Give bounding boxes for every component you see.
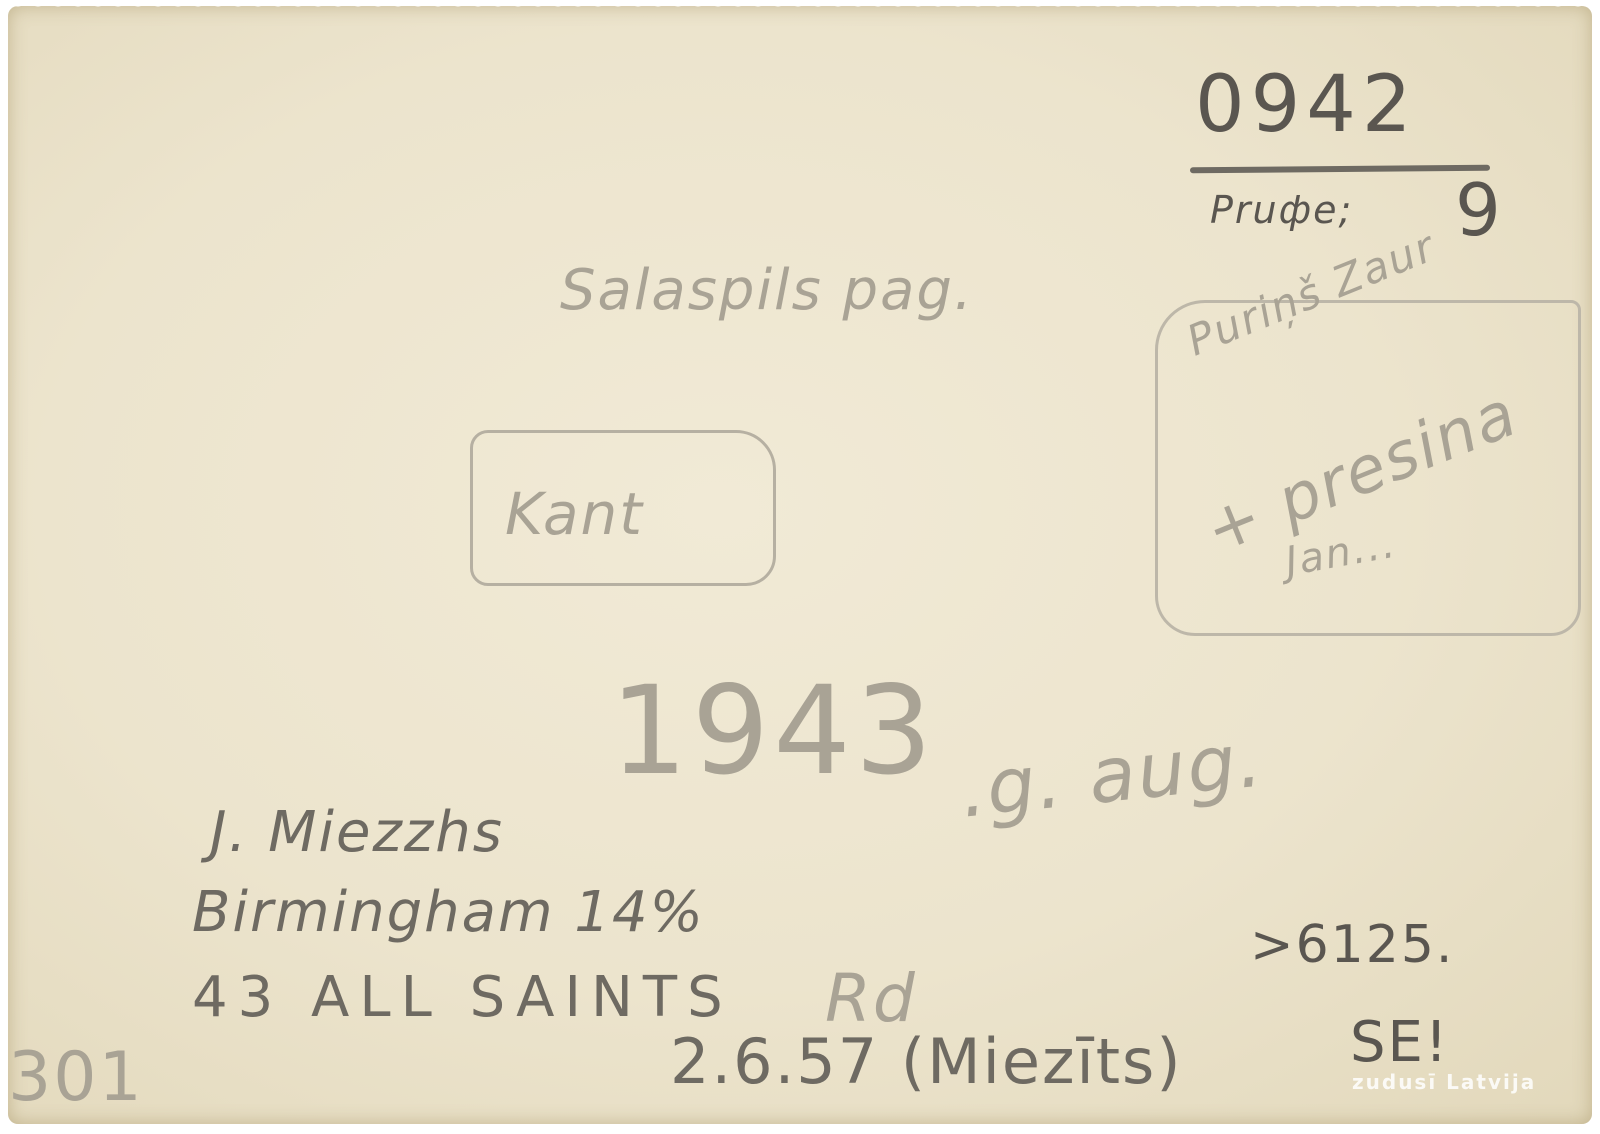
deckled-edge-right: [1588, 6, 1600, 1124]
boxed-name: Kant: [505, 480, 644, 548]
catalog-sub-label: Pruфe;: [1210, 188, 1353, 232]
deckled-edge-top: [8, 0, 1592, 10]
catalog-suffix: 9: [1455, 168, 1503, 252]
deckled-edge-bottom: [8, 1122, 1592, 1134]
inventory-left-number: 301: [8, 1038, 144, 1117]
inventory-price: >6125.: [1250, 915, 1454, 975]
place-note: Salaspils pag.: [560, 258, 974, 323]
address-street: 43 ALL SAINTS: [192, 965, 733, 1030]
address-city: Birmingham 14%: [192, 880, 705, 945]
watermark: zudusī Latvija: [1352, 1070, 1536, 1094]
date-year: 1943: [610, 660, 936, 802]
catalog-number: 0942: [1195, 60, 1418, 150]
deckled-edge-left: [0, 6, 12, 1124]
address-name: J. Miezzhs: [210, 800, 504, 865]
inventory-received-date: 2.6.57 (Miezīts): [670, 1025, 1183, 1098]
inventory-mark: SE!: [1350, 1010, 1449, 1075]
